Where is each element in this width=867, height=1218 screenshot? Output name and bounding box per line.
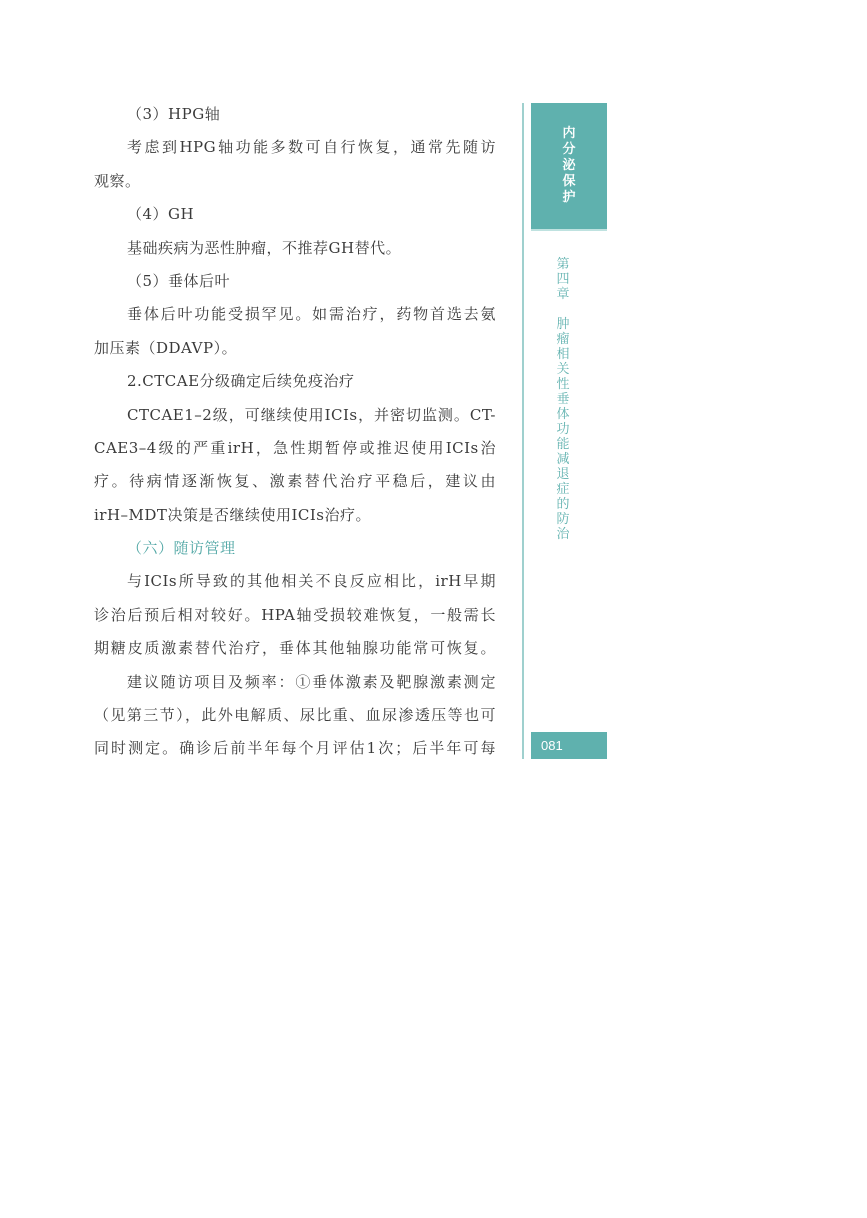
margin-divider [522, 103, 524, 759]
section-tab-label: 内分泌保护 [562, 126, 576, 206]
paragraph-line: （见第三节），此外电解质、尿比重、血尿渗透压等也可 [94, 699, 496, 732]
paragraph-line: irH–MDT决策是否继续使用ICIs治疗。 [94, 499, 496, 532]
paragraph-line: 诊治后预后相对较好。HPA轴受损较难恢复，一般需长 [94, 599, 496, 632]
chapter-title: 肿瘤相关性垂体功能减退症的防治 [555, 317, 571, 542]
paragraph-line: 与ICIs所导致的其他相关不良反应相比，irH早期 [94, 565, 496, 598]
chapter-gap [555, 302, 571, 317]
subheading-gh: （4）GH [94, 198, 496, 231]
subheading-ctcae: 2.CTCAE分级确定后续免疫治疗 [94, 365, 496, 398]
paragraph-line: CAE3–4级的严重irH，急性期暂停或推迟使用ICIs治 [94, 432, 496, 465]
subheading-hpg-axis: （3）HPG轴 [94, 98, 496, 131]
paragraph-line: 同时测定。确诊后前半年每个月评估1次；后半年可每 [94, 732, 496, 765]
book-page: （3）HPG轴 考虑到HPG轴功能多数可自行恢复，通常先随访 观察。 （4）GH… [0, 0, 867, 1218]
chapter-label: 第四章 [555, 257, 571, 302]
paragraph-line: 建议随访项目及频率：①垂体激素及靶腺激素测定 [94, 666, 496, 699]
body-text: （3）HPG轴 考虑到HPG轴功能多数可自行恢复，通常先随访 观察。 （4）GH… [94, 98, 496, 766]
paragraph-line: 垂体后叶功能受损罕见。如需治疗，药物首选去氨 [94, 298, 496, 331]
subheading-posterior-pituitary: （5）垂体后叶 [94, 265, 496, 298]
paragraph-line: 考虑到HPG轴功能多数可自行恢复，通常先随访 [94, 131, 496, 164]
section-tab: 内分泌保护 [531, 103, 607, 231]
paragraph-line: 观察。 [94, 165, 496, 198]
section-title-follow-up: （六）随访管理 [94, 532, 496, 565]
paragraph-line: 基础疾病为恶性肿瘤，不推荐GH替代。 [94, 232, 496, 265]
running-chapter-header: 第四章 肿瘤相关性垂体功能减退症的防治 [555, 257, 571, 542]
paragraph-line: CTCAE1–2级，可继续使用ICIs，并密切监测。CT- [94, 399, 496, 432]
paragraph-line: 疗。待病情逐渐恢复、激素替代治疗平稳后，建议由 [94, 465, 496, 498]
page-number: 081 [531, 732, 607, 759]
paragraph-line: 期糖皮质激素替代治疗，垂体其他轴腺功能常可恢复。 [94, 632, 496, 665]
paragraph-line: 加压素（DDAVP）。 [94, 332, 496, 365]
